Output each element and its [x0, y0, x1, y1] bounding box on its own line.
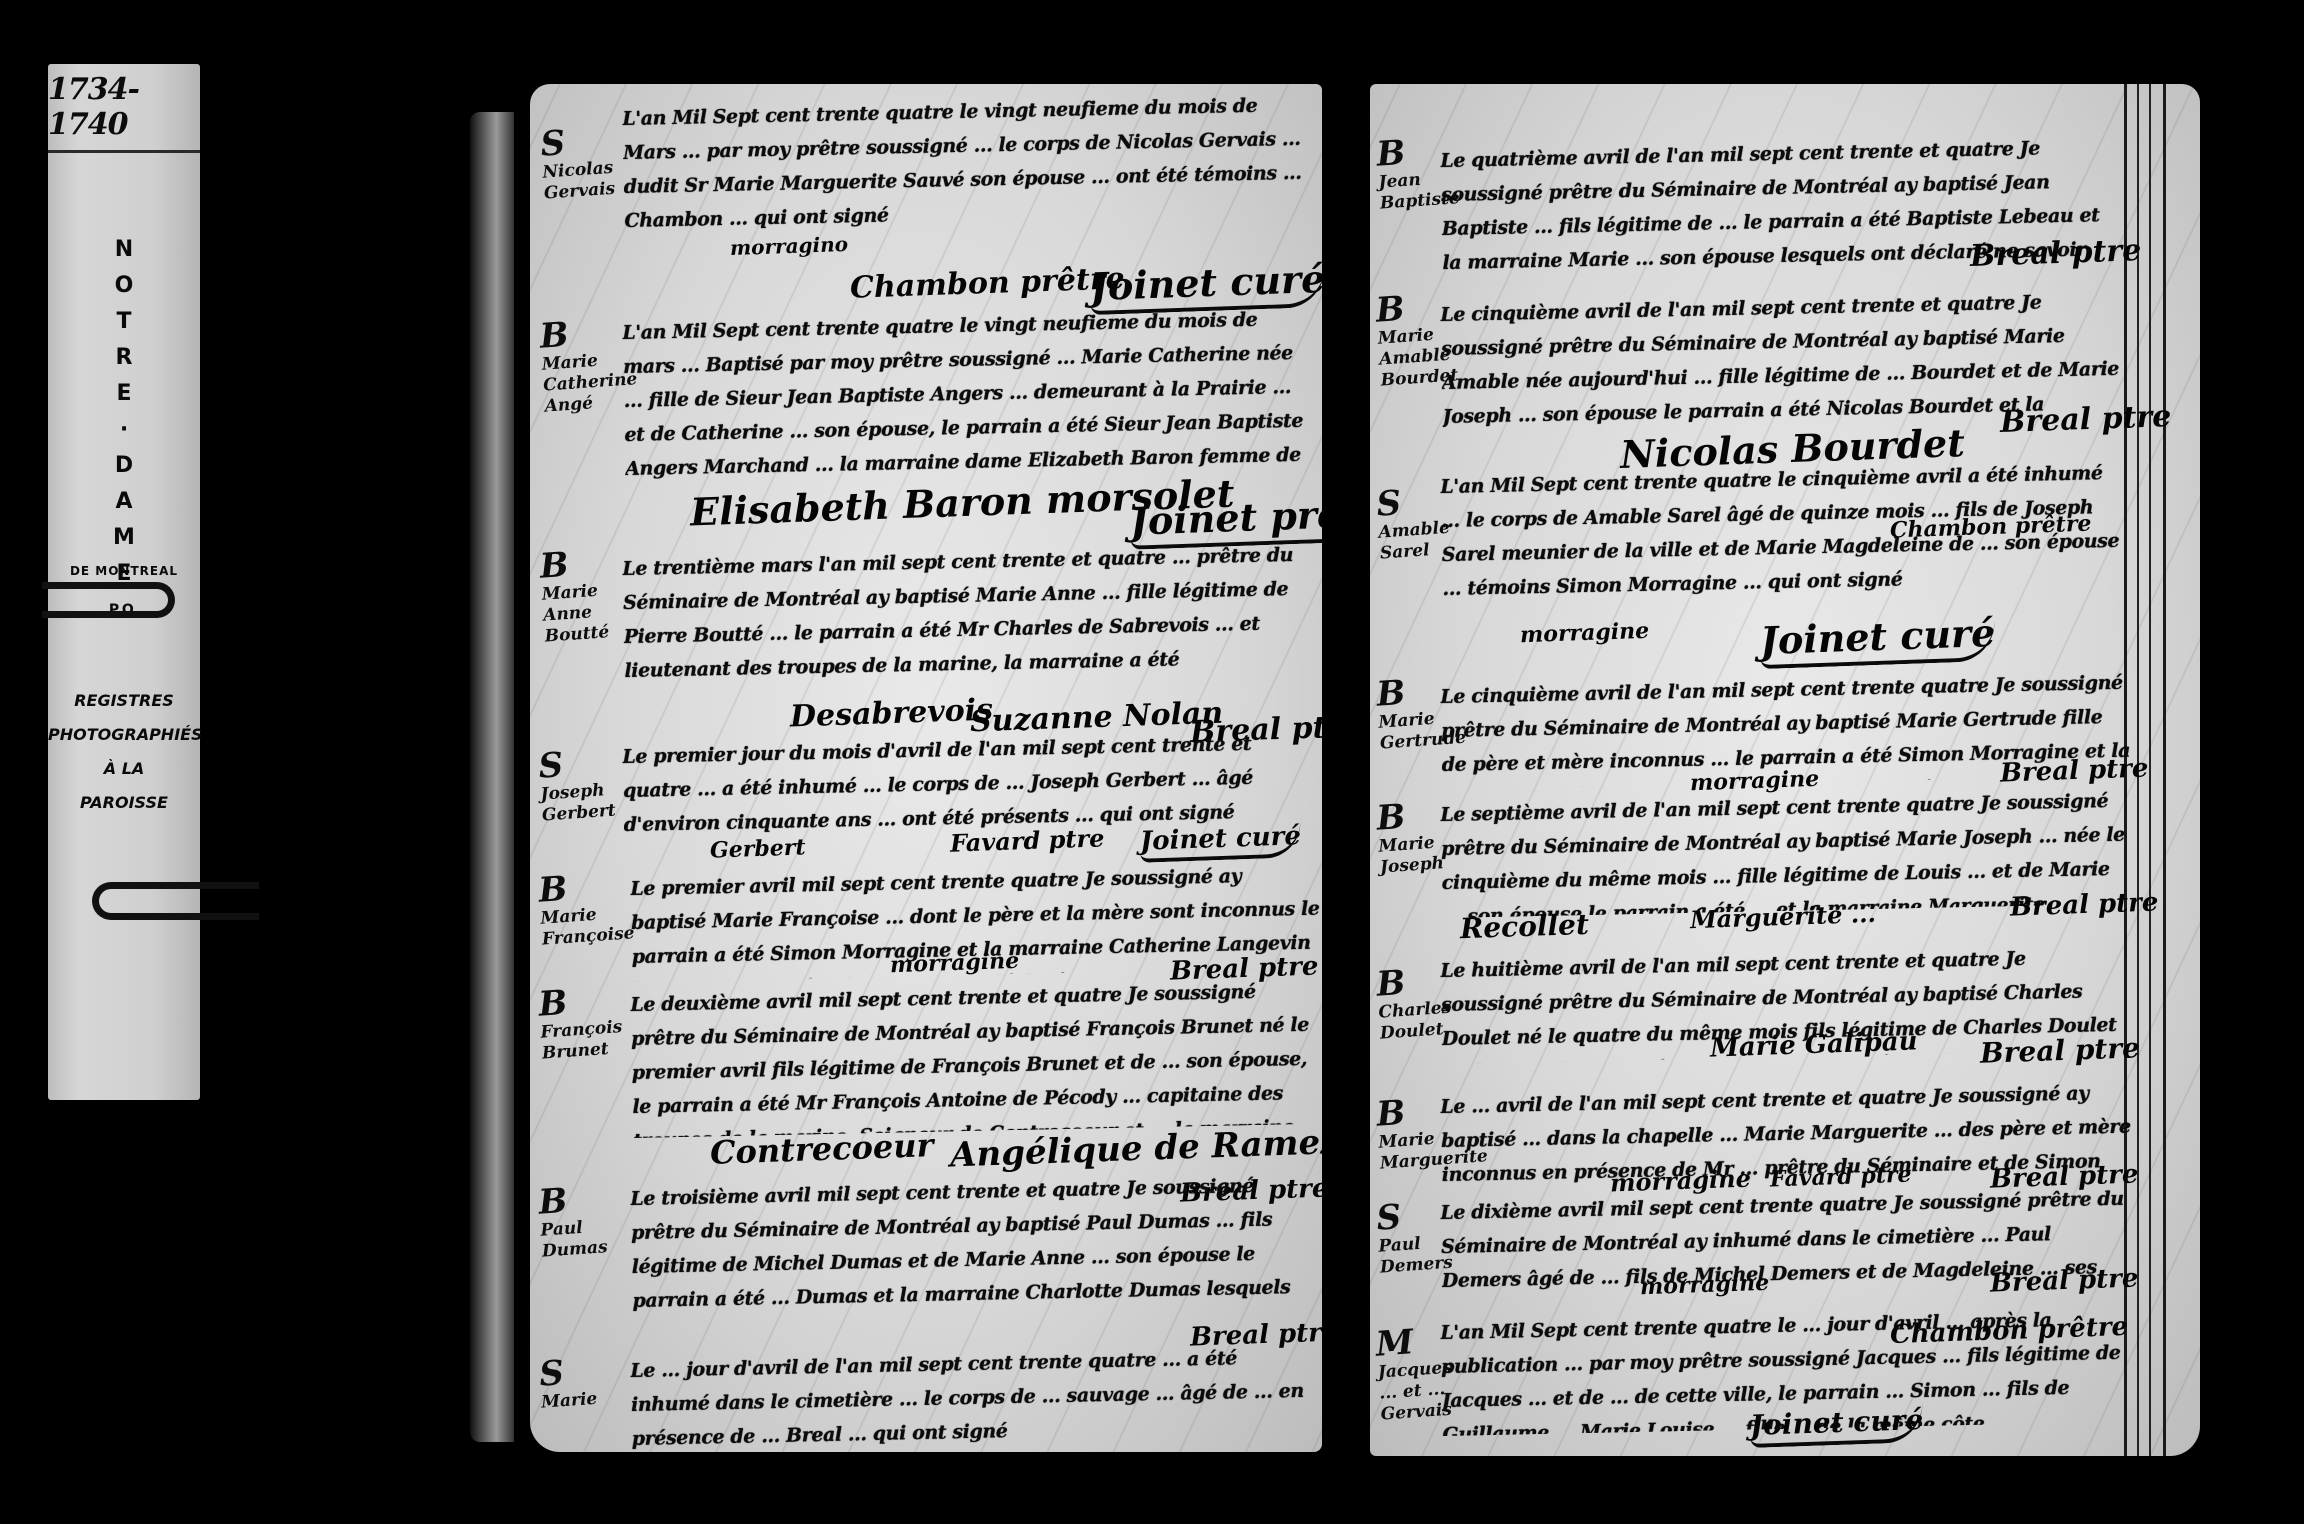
- margin-annotation: B Marie Catherine Angé: [539, 313, 624, 417]
- entry-text: L'an Mil Sept cent trente quatre le ving…: [622, 88, 1305, 252]
- signature: Breal ptre: [1979, 1031, 2140, 1070]
- signature: Joinet curé: [1139, 821, 1301, 863]
- parish-letter: D: [115, 448, 133, 484]
- entry-text: Le troisième avril mil sept cent trente …: [630, 1168, 1322, 1322]
- margin-name: Joseph Gerbert: [540, 780, 616, 825]
- entry-type-mark: B: [537, 981, 617, 1022]
- signature: Favard ptre: [950, 823, 1105, 857]
- entry-type-mark: B: [537, 867, 617, 908]
- margin-name: Marie: [541, 1389, 598, 1413]
- parish-letter: ·: [120, 412, 128, 448]
- parish-letter: T: [116, 304, 131, 340]
- entry-type-mark: B: [539, 543, 619, 584]
- signature: Desabrevois: [789, 692, 993, 734]
- margin-annotation: B Marie Anne Boutté: [539, 543, 624, 647]
- margin-annotation: B Marie Françoise: [537, 867, 620, 950]
- margin-name: Marie Françoise: [540, 905, 635, 950]
- paper-clip-icon: [42, 582, 175, 618]
- parish-name-vertical: N O T R E · D A M E: [48, 232, 200, 592]
- margin-annotation: B François Brunet: [537, 981, 620, 1064]
- margin-name: Paul Dumas: [540, 1218, 608, 1262]
- signature: Breal ptre: [1990, 1263, 2139, 1298]
- register-years: 1734-1740: [48, 64, 200, 153]
- stamp-line: PHOTOGRAPHIÉS: [48, 718, 200, 752]
- signature: morragine: [890, 948, 1020, 978]
- entry-type-mark: B: [537, 1179, 617, 1220]
- paper-clip-icon: [92, 882, 259, 920]
- open-register-book: S Nicolas Gervais L'an Mil Sept cent tre…: [470, 72, 2240, 1472]
- entry-text: L'an Mil Sept cent trente quatre le cinq…: [1440, 456, 2123, 630]
- registry-stamp: REGISTRES PHOTOGRAPHIÉS À LA PAROISSE: [48, 684, 200, 820]
- parish-letter: M: [113, 520, 135, 556]
- left-page: S Nicolas Gervais L'an Mil Sept cent tre…: [530, 84, 1322, 1452]
- stamp-line: REGISTRES: [48, 684, 200, 718]
- signature: morragine: [1640, 1270, 1770, 1300]
- parish-letter: E: [116, 376, 131, 412]
- margin-annotation: S Joseph Gerbert: [537, 743, 620, 826]
- signature: Contrecoeur: [709, 1126, 934, 1172]
- parish-letter: O: [115, 268, 134, 304]
- margin-annotation: S Marie: [538, 1351, 620, 1413]
- entry-text: Le ... jour d'avril de l'an mil sept cen…: [630, 1340, 1322, 1452]
- microfilm-label-strip: 1734-1740 N O T R E · D A M E DE MONTREA…: [48, 64, 200, 1100]
- entry-text: Le deuxième avril mil sept cent trente e…: [630, 974, 1322, 1138]
- margin-name: François Brunet: [540, 1017, 623, 1064]
- parish-letter: A: [115, 484, 132, 520]
- signature: Breal ptre: [1999, 399, 2171, 440]
- entry-type-mark: S: [538, 1351, 618, 1392]
- right-page: B Jean Baptiste Le quatrième avril de l'…: [1370, 84, 2200, 1456]
- parish-letter: R: [116, 340, 133, 376]
- entry-type-mark: S: [537, 743, 617, 784]
- parish-letter: N: [115, 232, 133, 268]
- stamp-line: PAROISSE: [48, 786, 200, 820]
- entry-type-mark: S: [539, 121, 619, 162]
- signature: Breal ptre: [2010, 887, 2159, 922]
- signature: morragino: [730, 232, 849, 260]
- margin-name: Marie Anne Boutté: [541, 581, 610, 647]
- signature: Joinet curé: [1749, 1403, 1924, 1448]
- book-gutter: [1322, 72, 1370, 1472]
- entry-text: Le trentième mars l'an mil sept cent tre…: [622, 538, 1315, 692]
- margin-annotation: S Nicolas Gervais: [539, 121, 622, 204]
- margin-name: Nicolas Gervais: [542, 158, 616, 204]
- stamp-line: À LA: [48, 752, 200, 786]
- signature: Breal ptre: [1969, 233, 2141, 274]
- signature: Recollet: [1459, 908, 1589, 945]
- location-label: DE MONTREAL: [48, 564, 200, 578]
- signature: morragine: [1520, 618, 1650, 648]
- signature: Joinet curé: [1759, 610, 1996, 669]
- page-stack-edge: [470, 112, 514, 1442]
- signature: Chambon prêtre: [849, 261, 1125, 306]
- signature: Gerbert: [710, 834, 806, 863]
- margin-annotation: B Paul Dumas: [537, 1179, 620, 1262]
- signature: Marguerite ...: [1690, 899, 1877, 934]
- entry-text: L'an Mil Sept cent trente quatre le ving…: [622, 302, 1315, 486]
- margin-name: Amable Sarel: [1378, 518, 1451, 564]
- margin-name: Marie Joseph: [1378, 833, 1445, 878]
- signature: Marie Galipau: [1710, 1026, 1918, 1063]
- entry-type-mark: B: [539, 313, 619, 354]
